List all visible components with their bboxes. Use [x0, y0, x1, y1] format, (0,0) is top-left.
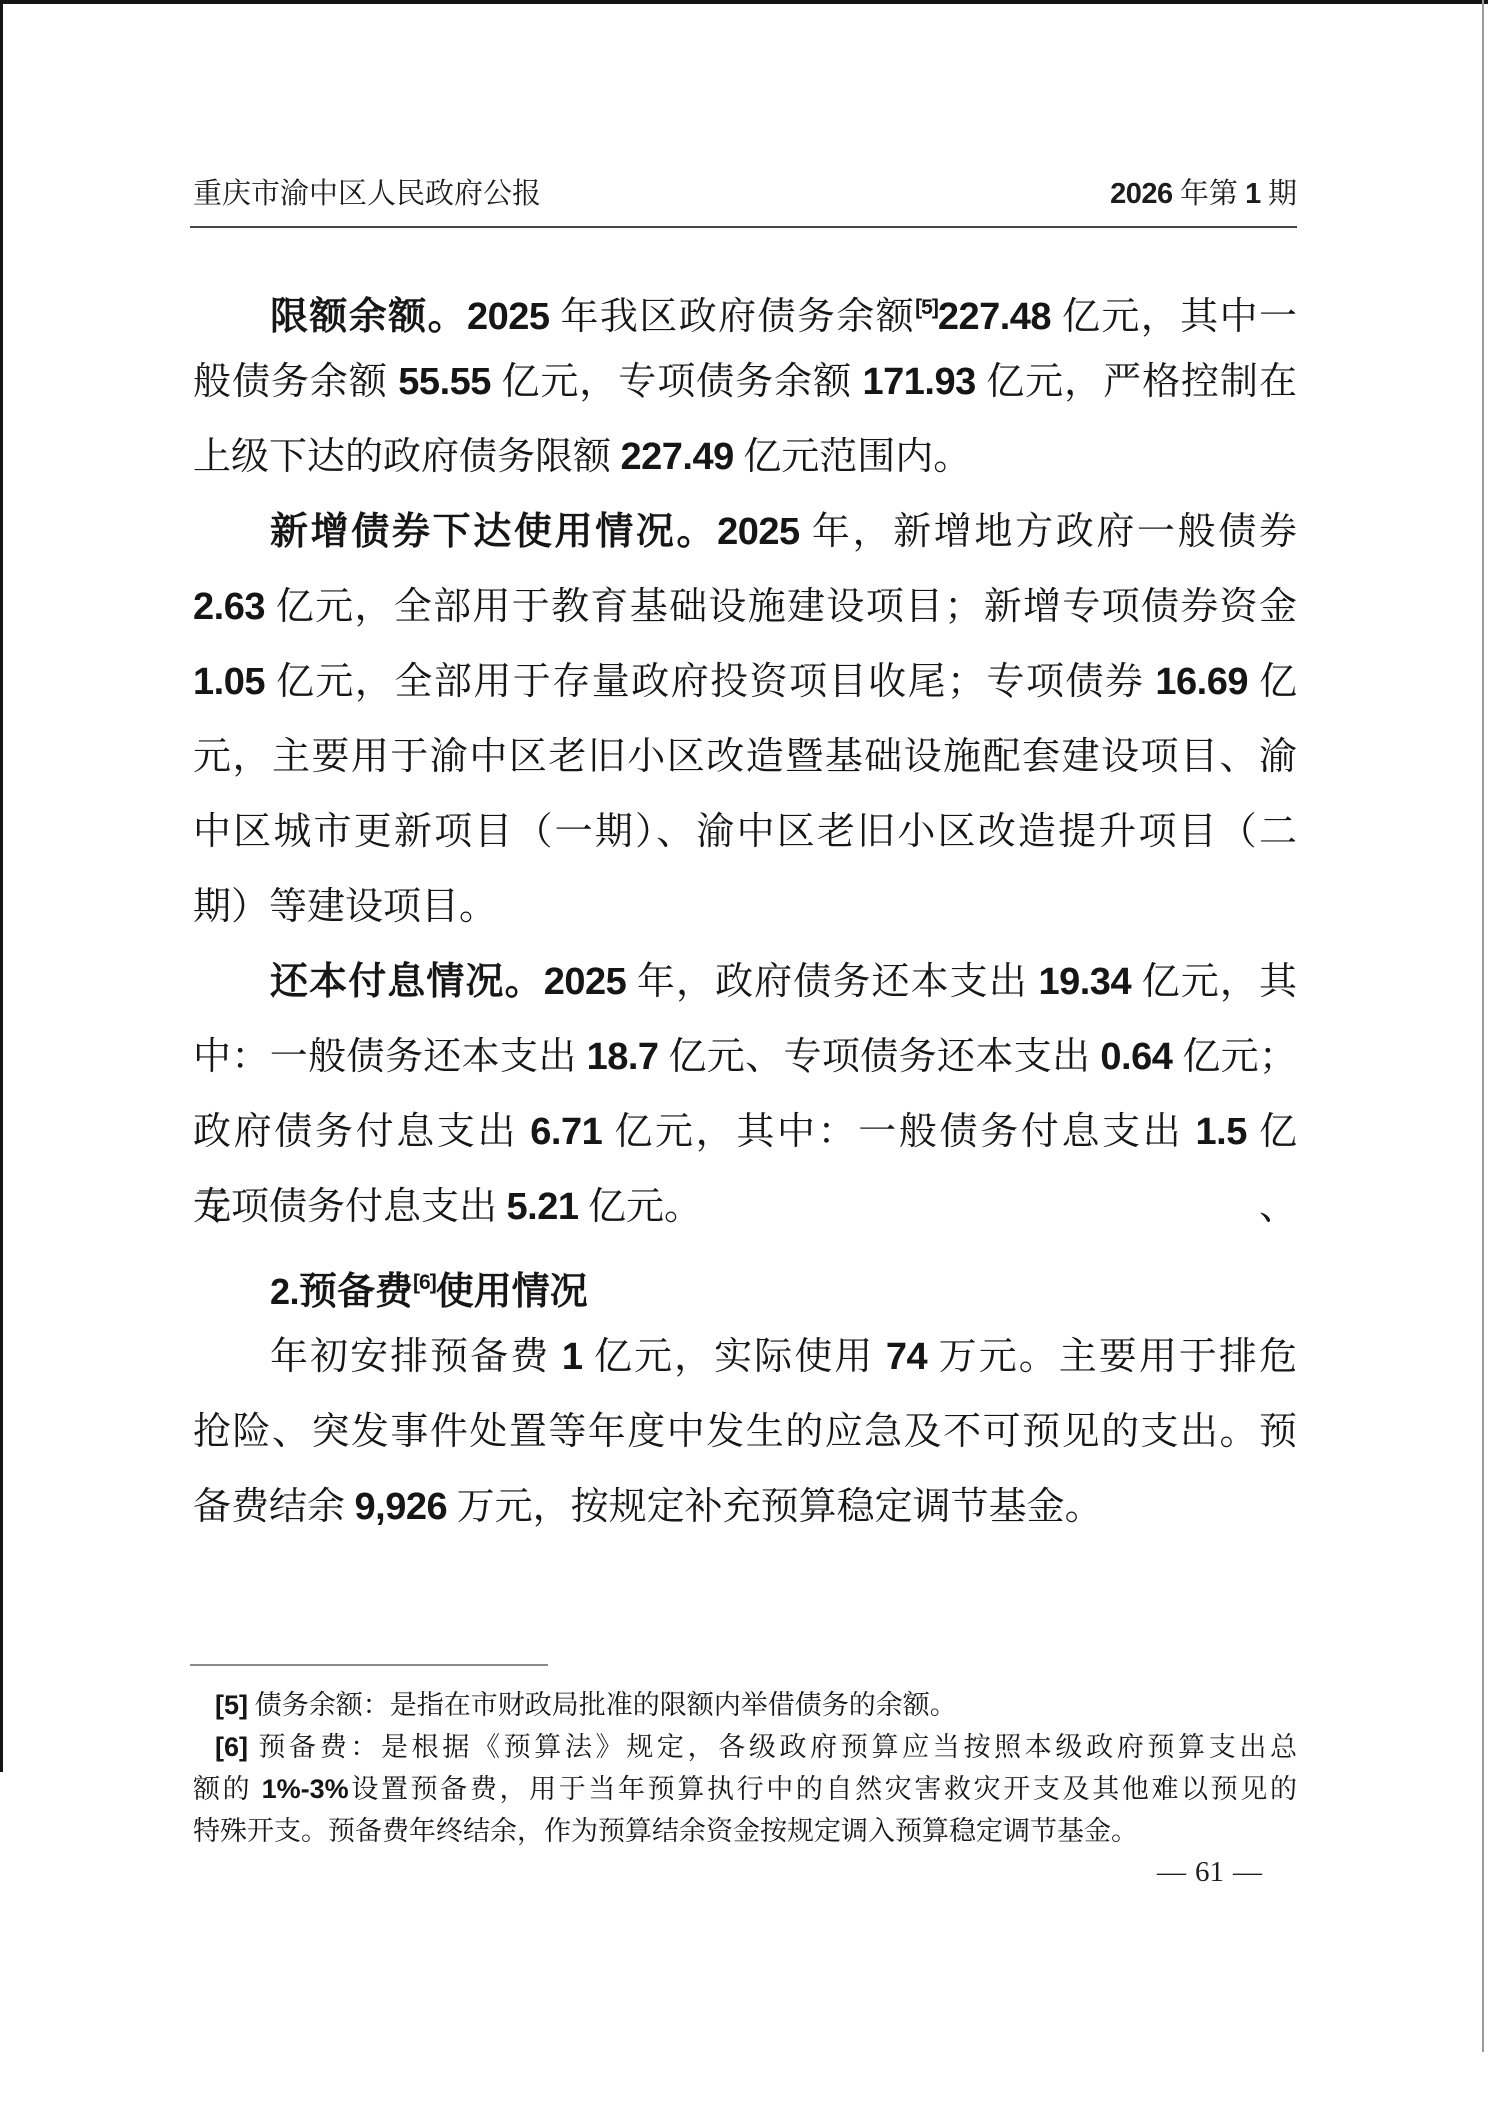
page-number-dash-left: —: [1157, 1856, 1186, 1889]
text-segment: 期）等建设项目。: [193, 886, 497, 928]
text-segment: [5]: [215, 1690, 248, 1720]
body-line: 1.05 亿元，全部用于存量政府投资项目收尾；专项债券 16.69 亿: [193, 645, 1297, 720]
body-line: 限额余额。2025 年我区政府债务余额[5]227.48 亿元，其中一: [193, 270, 1297, 345]
header-rule: [190, 226, 1297, 228]
page-number-dash-right: —: [1233, 1856, 1262, 1889]
text-segment: 亿元，其: [1131, 961, 1297, 1003]
text-segment: 5.21: [507, 1186, 579, 1228]
text-segment: 亿元。: [578, 1186, 702, 1228]
text-segment: 18.7: [587, 1036, 659, 1078]
text-segment: [6]: [215, 1732, 248, 1762]
text-segment: 亿元，其中：一般债务付息支出: [602, 1111, 1195, 1153]
text-segment: 万元。主要用于排危: [927, 1336, 1297, 1378]
text-segment: 年，新增地方政府一般债券: [800, 511, 1297, 553]
issue-label: 2026 年第 1 期: [1110, 176, 1297, 212]
text-segment: 使用情况: [436, 1271, 588, 1313]
body-line: 期）等建设项目。: [193, 870, 1297, 945]
body-line: 般债务余额 55.55 亿元，专项债务余额 171.93 亿元，严格控制在: [193, 345, 1297, 420]
scan-edge-left: [0, 0, 3, 1772]
text-segment: 亿元范围内。: [734, 436, 972, 478]
footnote-line: [5] 债务余额：是指在市财政局批准的限额内举借债务的余额。: [193, 1684, 1297, 1726]
text-segment: 0.64: [1100, 1036, 1172, 1078]
footnote-separator: [190, 1664, 548, 1666]
body-line: 抢险、突发事件处置等年度中发生的应急及不可预见的支出。预: [193, 1395, 1297, 1470]
footnotes-list: [5] 债务余额：是指在市财政局批准的限额内举借债务的余额。[6] 预备费：是根…: [193, 1684, 1297, 1852]
text-segment: 6.71: [530, 1111, 602, 1153]
footnote-line: 特殊开支。预备费年终结余，作为预算结余资金按规定调入预算稳定调节基金。: [193, 1810, 1297, 1852]
text-segment: 2025: [544, 961, 627, 1003]
text-segment: 中：一般债务还本支出: [193, 1036, 587, 1078]
body-line: 还本付息情况。2025 年，政府债务还本支出 19.34 亿元，其: [193, 945, 1297, 1020]
text-segment: 2025: [467, 296, 550, 338]
text-segment: 限额余额。: [270, 296, 467, 338]
text-segment: 年，政府债务还本支出: [626, 961, 1038, 1003]
text-segment: 年我区政府债务余额: [550, 296, 916, 338]
body-line: 上级下达的政府债务限额 227.49 亿元范围内。: [193, 420, 1297, 495]
document-body: 限额余额。2025 年我区政府债务余额[5]227.48 亿元，其中一般债务余额…: [193, 270, 1297, 1545]
body-line: 元，主要用于渝中区老旧小区改造暨基础设施配套建设项目、渝: [193, 720, 1297, 795]
text-segment: 1.05: [193, 661, 265, 703]
gazette-title: 重庆市渝中区人民政府公报: [193, 176, 541, 212]
text-segment: 亿元；: [1172, 1036, 1297, 1078]
page-number: — 61 —: [1157, 1856, 1262, 1889]
text-segment: 亿元、专项债务还本支出: [659, 1036, 1101, 1078]
text-segment: 亿元，全部用于教育基础设施建设项目；新增专项债券资金: [265, 586, 1297, 628]
footnote-line: 额的 1%-3%设置预备费，用于当年预算执行中的自然灾害救灾开支及其他难以预见的: [193, 1768, 1297, 1810]
body-line: 新增债券下达使用情况。2025 年，新增地方政府一般债券: [193, 495, 1297, 570]
body-line: 2.63 亿元，全部用于教育基础设施建设项目；新增专项债券资金: [193, 570, 1297, 645]
text-segment: 期: [1261, 178, 1297, 210]
text-segment: 16.69: [1155, 661, 1248, 703]
text-segment: 新增债券下达使用情况。: [270, 511, 717, 553]
text-segment: 171.93: [863, 361, 976, 403]
text-segment: 专项债务付息支出: [193, 1186, 507, 1228]
text-segment: 227.48: [938, 296, 1051, 338]
text-segment: 政府债务付息支出: [193, 1111, 530, 1153]
text-segment: 中区城市更新项目（一期）、渝中区老旧小区改造提升项目（二: [193, 811, 1297, 853]
text-segment: 2.63: [193, 586, 265, 628]
section-heading: 2.预备费[6]使用情况: [193, 1245, 1297, 1320]
text-segment: 亿元，专项债务余额: [491, 361, 863, 403]
text-segment: 1: [562, 1336, 583, 1378]
text-segment: 9,926: [355, 1486, 448, 1528]
text-segment: 亿元，全部用于存量政府投资项目收尾；专项债券: [265, 661, 1155, 703]
text-segment: 1%-3%: [262, 1774, 349, 1804]
body-line: 中：一般债务还本支出 18.7 亿元、专项债务还本支出 0.64 亿元；: [193, 1020, 1297, 1095]
text-segment: 亿元，其中一: [1051, 296, 1297, 338]
text-segment: 上级下达的政府债务限额: [193, 436, 621, 478]
text-segment: 预备费：是根据《预算法》规定，各级政府预算应当按照本级政府预算支出总: [248, 1732, 1297, 1762]
text-segment: 1.5: [1196, 1111, 1247, 1153]
text-segment: 备费结余: [193, 1486, 355, 1528]
text-segment: 债务余额：是指在市财政局批准的限额内举借债务的余额。: [248, 1690, 957, 1720]
scan-edge-right: [1482, 0, 1484, 2052]
text-segment: 预备费: [299, 1271, 413, 1313]
text-segment: 额的: [193, 1774, 262, 1804]
text-segment: 亿元，实际使用: [582, 1336, 885, 1378]
text-segment: 特殊开支。预备费年终结余，作为预算结余资金按规定调入预算稳定调节基金。: [193, 1816, 1138, 1846]
footnote-line: [6] 预备费：是根据《预算法》规定，各级政府预算应当按照本级政府预算支出总: [193, 1726, 1297, 1768]
text-segment: 2025: [717, 511, 800, 553]
footnote-ref-superscript: [5]: [915, 296, 938, 319]
text-segment: 19.34: [1038, 961, 1131, 1003]
running-header: 重庆市渝中区人民政府公报 2026 年第 1 期: [193, 176, 1297, 212]
text-segment: 2026: [1110, 178, 1173, 210]
text-segment: 般债务余额: [193, 361, 398, 403]
text-segment: 抢险、突发事件处置等年度中发生的应急及不可预见的支出。预: [193, 1411, 1297, 1453]
text-segment: 55.55: [398, 361, 491, 403]
text-segment: 设置预备费，用于当年预算执行中的自然灾害救灾开支及其他难以预见的: [349, 1774, 1297, 1804]
body-line: 政府债务付息支出 6.71 亿元，其中：一般债务付息支出 1.5 亿元、: [193, 1095, 1297, 1170]
text-segment: 年初安排预备费: [270, 1336, 562, 1378]
text-segment: 74: [886, 1336, 927, 1378]
document-page: 重庆市渝中区人民政府公报 2026 年第 1 期 限额余额。2025 年我区政府…: [0, 0, 1488, 2104]
body-line: 中区城市更新项目（一期）、渝中区老旧小区改造提升项目（二: [193, 795, 1297, 870]
text-segment: 还本付息情况。: [270, 961, 544, 1003]
text-segment: 亿元，严格控制在: [976, 361, 1297, 403]
text-segment: 1: [1245, 178, 1261, 210]
text-segment: 亿: [1248, 661, 1297, 703]
text-segment: 元，主要用于渝中区老旧小区改造暨基础设施配套建设项目、渝: [193, 736, 1297, 778]
text-segment: 万元，按规定补充预算稳定调节基金。: [447, 1486, 1103, 1528]
text-segment: 年第: [1173, 178, 1246, 210]
text-segment: 2.: [270, 1271, 299, 1312]
footnote-ref-superscript: [6]: [413, 1271, 436, 1294]
body-line: 备费结余 9,926 万元，按规定补充预算稳定调节基金。: [193, 1470, 1297, 1545]
body-line: 年初安排预备费 1 亿元，实际使用 74 万元。主要用于排危: [193, 1320, 1297, 1395]
page-number-value: 61: [1195, 1856, 1224, 1889]
text-segment: 227.49: [621, 436, 734, 478]
scan-edge-top: [0, 0, 1488, 4]
